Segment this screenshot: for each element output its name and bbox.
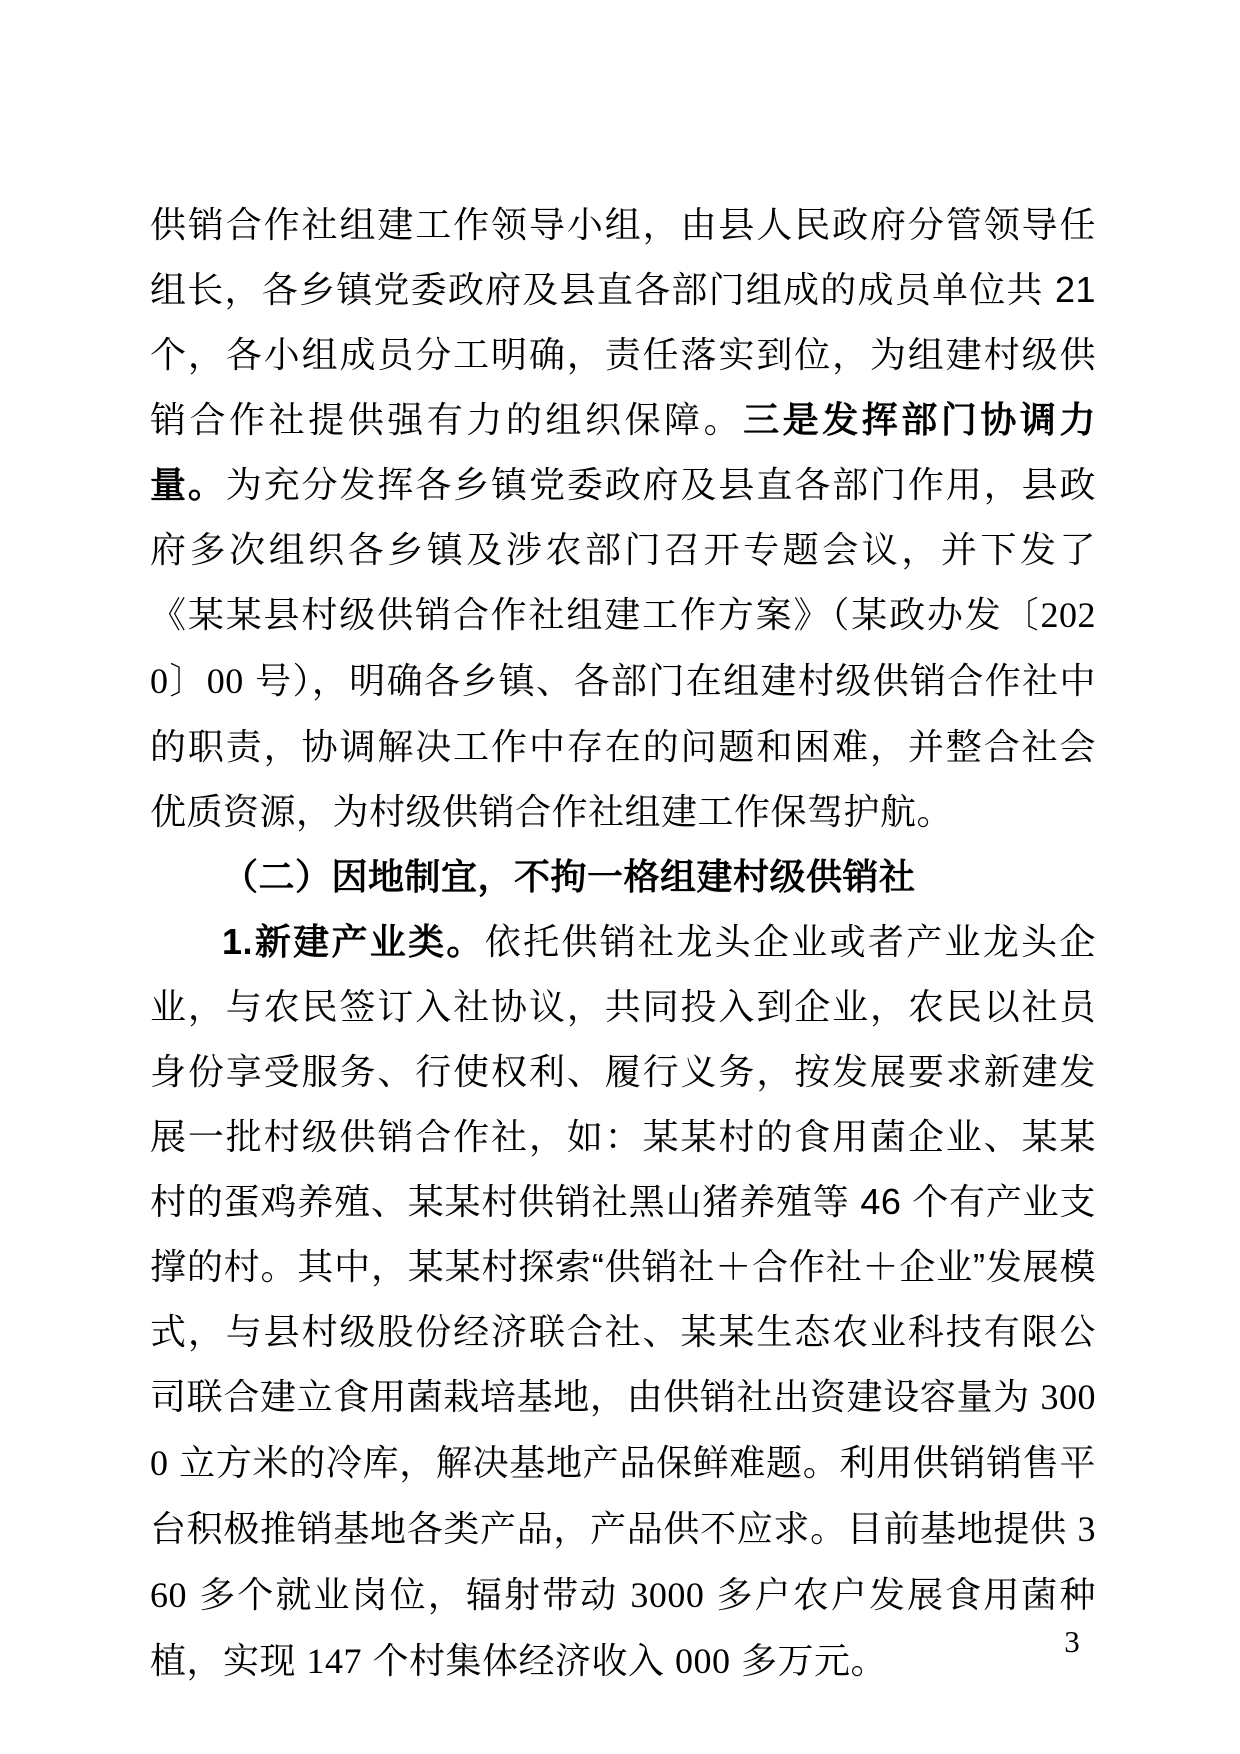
text-run-serif: 147 — [307, 1641, 363, 1681]
text-run-bold: 1.新建产业类。 — [222, 921, 485, 962]
text-run-normal: 立方米的冷库，解决基地产品保鲜难题。利用供销销售平台积极推销基地各类产品，产品供… — [150, 1442, 1096, 1549]
heading-section-two: （二）因地制宜，不拘一格组建村级供销社 — [150, 844, 1096, 909]
text-run-serif: 000 — [675, 1641, 731, 1681]
text-run-normal: 个村集体经济收入 — [362, 1640, 675, 1681]
paragraph-new-industry-type: 1.新建产业类。依托供销社龙头企业或者产业龙头企业，与农民签订入社协议，共同投入… — [150, 909, 1096, 1694]
document-body: 供销合作社组建工作领导小组，由县人民政府分管领导任组长，各乡镇党委政府及县直各部… — [150, 192, 1096, 1694]
text-run-serif: 00 — [207, 661, 244, 701]
text-run-normal: 依托供销社龙头企业或者产业龙头企业，与农民签订入社协议，共同投入到企业，农民以社… — [150, 921, 1096, 1417]
text-run-normal: 多个就业岗位，辐射带动 — [187, 1574, 630, 1615]
text-run-serif: 3000 — [630, 1575, 704, 1615]
text-run-bold: （二）因地制宜，不拘一格组建村级供销社 — [222, 856, 916, 897]
text-run-normal: 多万元。 — [731, 1640, 888, 1681]
text-run-normal: 〕 — [169, 660, 207, 701]
document-page: 供销合作社组建工作领导小组，由县人民政府分管领导任组长，各乡镇党委政府及县直各部… — [0, 0, 1240, 1754]
text-run-normal: 为充分发挥各乡镇党委政府及县直各部门作用，县政府多次组织各乡镇及涉农部门召开专题… — [150, 464, 1096, 635]
text-run-normal: 号），明确各乡镇、各部门在组建村级供销合作社中的职责，协调解决工作中存在的问题和… — [150, 660, 1096, 832]
paragraph-continuation-organization: 供销合作社组建工作领导小组，由县人民政府分管领导任组长，各乡镇党委政府及县直各部… — [150, 192, 1096, 844]
page-number: 3 — [1052, 1622, 1092, 1662]
